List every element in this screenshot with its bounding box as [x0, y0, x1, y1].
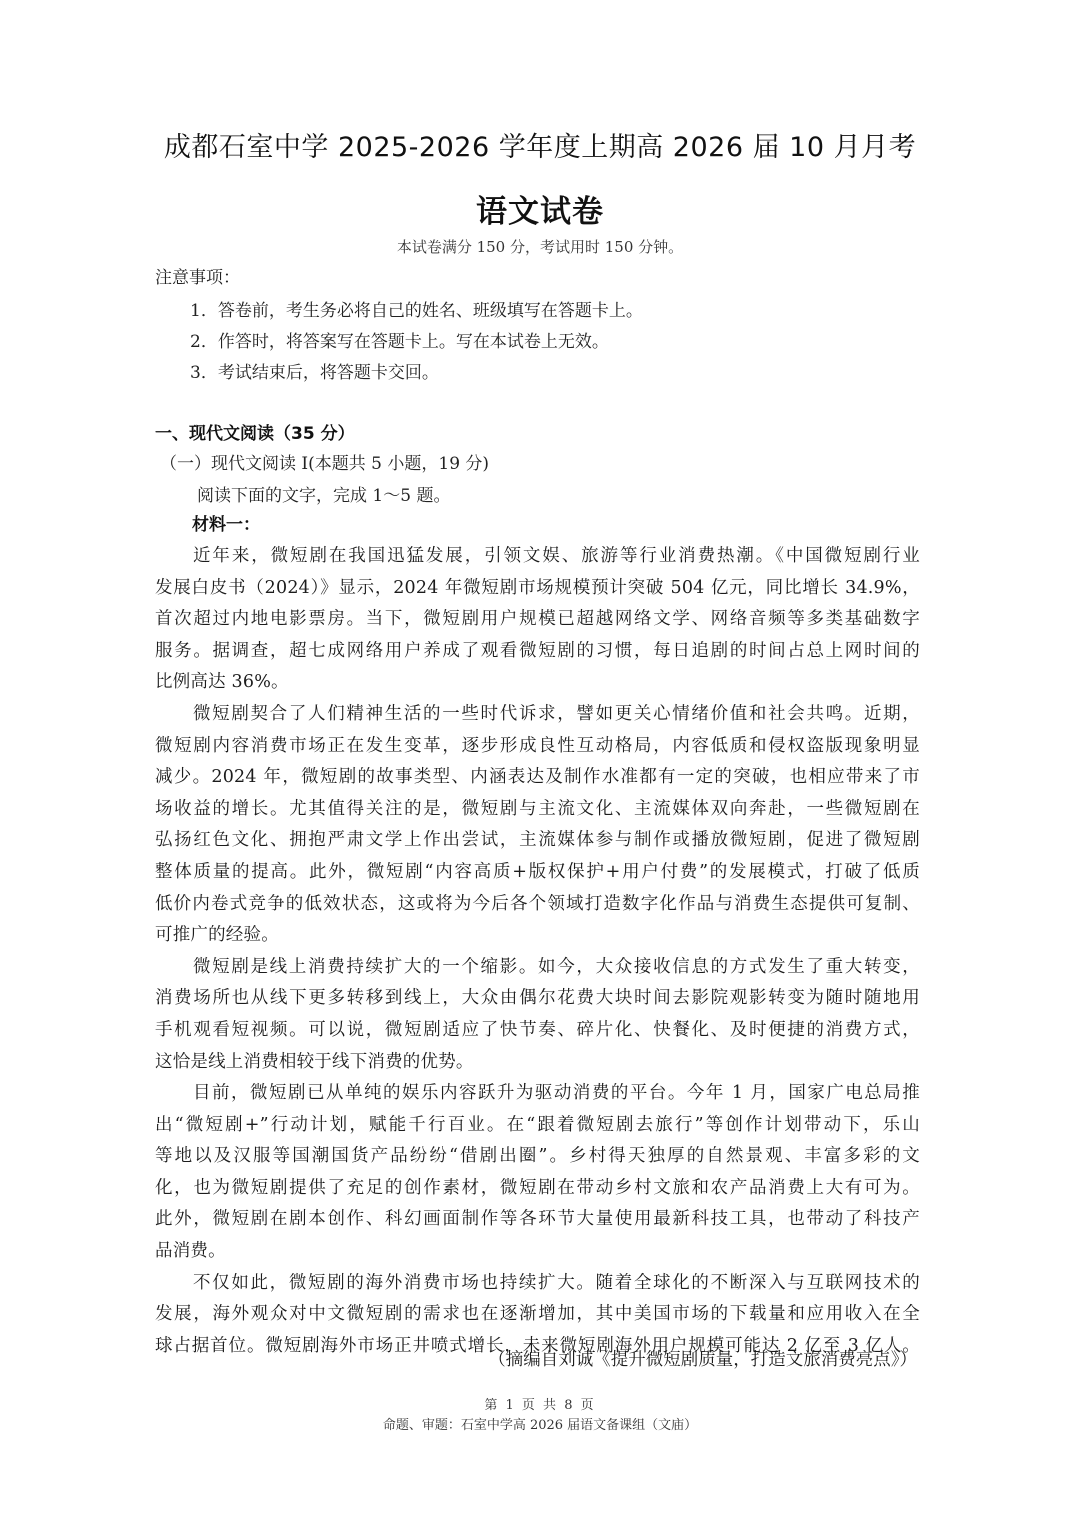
text-line: 微短剧是线上消费持续扩大的一个缩影。如今，大众接收信息的方式发生了重大转变， [155, 952, 920, 984]
footer-credits: 命题、审题：石室中学高 2026 届语文备课组（文庙） [0, 1417, 1080, 1435]
text-line: 不仅如此，微短剧的海外消费市场也持续扩大。随着全球化的不断深入与互联网技术的 [155, 1268, 920, 1300]
subject-title: 语文试卷 [0, 190, 1080, 234]
material-body: 近年来，微短剧在我国迅猛发展，引领文娱、旅游等行业消费热潮。《中国微短剧行业 发… [155, 541, 920, 1362]
text-line: 等地以及汉服等国潮国货产品纷纷“借剧出圈”。乡村得天独厚的自然景观、丰富多彩的文 [155, 1141, 920, 1173]
text-line: 化，也为微短剧提供了充足的创作素材，微短剧在带动乡村文旅和农产品消费上大有可为。 [155, 1173, 920, 1205]
text-line: 弘扬红色文化、拥抱严肃文学上作出尝试，主流媒体参与制作或播放微短剧，促进了微短剧 [155, 825, 920, 857]
text-line: 消费场所也从线下更多转移到线上，大众由偶尔花费大块时间去影院观影转变为随时随地用 [155, 983, 920, 1015]
paragraph: 微短剧是线上消费持续扩大的一个缩影。如今，大众接收信息的方式发生了重大转变， 消… [155, 952, 920, 1078]
source-citation: （摘编自刘诚《提升微短剧质量，打造文旅消费亮点》） [488, 1347, 917, 1373]
text-line: 场收益的增长。尤其值得关注的是，微短剧与主流文化、主流媒体双向奔赴，一些微短剧在 [155, 794, 920, 826]
note-item: 3．考试结束后，将答题卡交回。 [190, 358, 643, 389]
text-line: 手机观看短视频。可以说，微短剧适应了快节奏、碎片化、快餐化、及时便捷的消费方式， [155, 1015, 920, 1047]
exam-page: 成都石室中学 2025-2026 学年度上期高 2026 届 10 月月考 语文… [0, 0, 1080, 1527]
text-line: 出“微短剧+”行动计划，赋能千行百业。在“跟着微短剧去旅行”等创作计划带动下，乐… [155, 1110, 920, 1142]
text-line: 微短剧契合了人们精神生活的一些时代诉求，譬如更关心情绪价值和社会共鸣。近期， [155, 699, 920, 731]
text-line: 发展，海外观众对中文微短剧的需求也在逐渐增加，其中美国市场的下载量和应用收入在全 [155, 1299, 920, 1331]
exam-title: 成都石室中学 2025-2026 学年度上期高 2026 届 10 月月考 [0, 128, 1080, 168]
text-line: 服务。据调查，超七成网络用户养成了观看微短剧的习惯，每日追剧的时间占总上网时间的 [155, 636, 920, 668]
notes-list: 1．答卷前，考生务必将自己的姓名、班级填写在答题卡上。 2．作答时，将答案写在答… [190, 296, 643, 389]
section-title: 一、现代文阅读（35 分） [155, 422, 355, 446]
text-line: 近年来，微短剧在我国迅猛发展，引领文娱、旅游等行业消费热潮。《中国微短剧行业 [155, 541, 920, 573]
text-line: 目前，微短剧已从单纯的娱乐内容跃升为驱动消费的平台。今年 1 月，国家广电总局推 [155, 1078, 920, 1110]
text-line: 低价内卷式竞争的低效状态，这或将为今后各个领域打造数字化作品与消费生态提供可复制… [155, 889, 920, 921]
text-line: 此外，微短剧在剧本创作、科幻画面制作等各环节大量使用最新科技工具，也带动了科技产 [155, 1204, 920, 1236]
text-line: 可推广的经验。 [155, 920, 920, 952]
text-line: 比例高达 36%。 [155, 667, 920, 699]
text-line: 这恰是线上消费相较于线下消费的优势。 [155, 1047, 920, 1079]
text-line: 减少。2024 年，微短剧的故事类型、内涵表达及制作水准都有一定的突破，也相应带… [155, 762, 920, 794]
text-line: 品消费。 [155, 1236, 920, 1268]
note-item: 1．答卷前，考生务必将自己的姓名、班级填写在答题卡上。 [190, 296, 643, 327]
material-title: 材料一： [192, 513, 260, 537]
paragraph: 目前，微短剧已从单纯的娱乐内容跃升为驱动消费的平台。今年 1 月，国家广电总局推… [155, 1078, 920, 1268]
text-line: 首次超过内地电影票房。当下，微短剧用户规模已超越网络文学、网络音频等多类基础数字 [155, 604, 920, 636]
subsection-title: （一）现代文阅读 I(本题共 5 小题，19 分) [160, 452, 489, 476]
paragraph: 微短剧契合了人们精神生活的一些时代诉求，譬如更关心情绪价值和社会共鸣。近期， 微… [155, 699, 920, 952]
notes-title: 注意事项： [155, 266, 240, 290]
paragraph: 近年来，微短剧在我国迅猛发展，引领文娱、旅游等行业消费热潮。《中国微短剧行业 发… [155, 541, 920, 699]
reading-instruction: 阅读下面的文字，完成 1～5 题。 [197, 484, 450, 508]
page-number: 第 1 页 共 8 页 [0, 1397, 1080, 1415]
text-line: 微短剧内容消费市场正在发生变革，逐步形成良性互动格局，内容低质和侵权盗版现象明显 [155, 731, 920, 763]
text-line: 发展白皮书（2024）》显示，2024 年微短剧市场规模预计突破 504 亿元，… [155, 573, 920, 605]
note-item: 2．作答时，将答案写在答题卡上。写在本试卷上无效。 [190, 327, 643, 358]
text-line: 整体质量的提高。此外，微短剧“内容高质+版权保护+用户付费”的发展模式，打破了低… [155, 857, 920, 889]
score-info: 本试卷满分 150 分，考试用时 150 分钟。 [0, 236, 1080, 258]
